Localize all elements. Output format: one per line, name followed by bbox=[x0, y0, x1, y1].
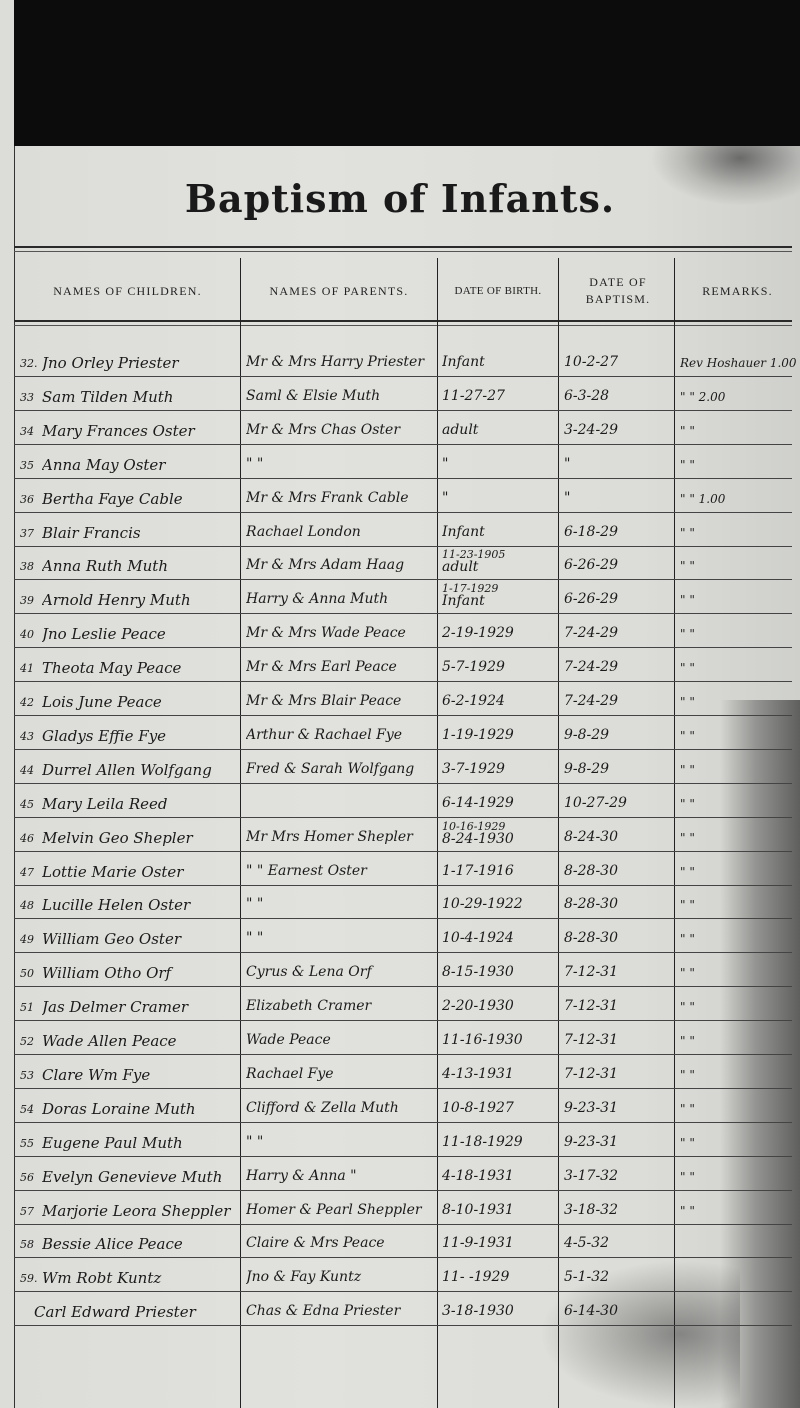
remarks: " " bbox=[680, 1102, 796, 1116]
child-name: Bessie Alice Peace bbox=[42, 1235, 238, 1253]
row-rule bbox=[14, 376, 792, 377]
date-of-baptism: 7-24-29 bbox=[564, 625, 672, 641]
header-bottom-rule bbox=[14, 320, 792, 322]
remarks: " " bbox=[680, 1204, 796, 1218]
header-date-of-birth: DATE OF BIRTH. bbox=[438, 262, 558, 320]
date-of-birth: Infant bbox=[442, 354, 556, 370]
date-of-birth: 4-18-1931 bbox=[442, 1168, 556, 1184]
date-of-birth: 10-8-1927 bbox=[442, 1100, 556, 1116]
row-rule bbox=[14, 613, 792, 614]
date-of-baptism: 8-28-30 bbox=[564, 896, 672, 912]
child-name: Jas Delmer Cramer bbox=[42, 998, 238, 1016]
remarks: " " 2.00 bbox=[680, 390, 796, 404]
date-of-birth: 11-9-1931 bbox=[442, 1235, 556, 1251]
child-name: Wm Robt Kuntz bbox=[42, 1269, 238, 1287]
redaction-band bbox=[14, 0, 800, 146]
date-of-birth: 6-14-1929 bbox=[442, 795, 556, 811]
parent-names: Rachael London bbox=[246, 524, 434, 540]
date-of-birth: 4-13-1931 bbox=[442, 1066, 556, 1082]
remarks: " " bbox=[680, 1170, 796, 1184]
page-margin-rule bbox=[14, 146, 15, 1408]
child-name: Anna May Oster bbox=[42, 456, 238, 474]
entry-number: 55 bbox=[20, 1137, 42, 1150]
header-remarks: REMARKS. bbox=[675, 262, 800, 320]
entry-number: 49 bbox=[20, 933, 42, 946]
date-of-birth: adult bbox=[442, 422, 556, 438]
entry-number: 40 bbox=[20, 628, 42, 641]
entry-number: 53 bbox=[20, 1069, 42, 1082]
parent-names: Clifford & Zella Muth bbox=[246, 1100, 434, 1116]
date-of-birth: 1-17-1916 bbox=[442, 863, 556, 879]
remarks: " " 1.00 bbox=[680, 492, 796, 506]
date-of-birth: 10-29-1922 bbox=[442, 896, 556, 912]
date-of-baptism: " bbox=[564, 456, 672, 472]
remarks: " " bbox=[680, 1000, 796, 1014]
child-name: Gladys Effie Fye bbox=[42, 727, 238, 745]
date-of-birth: 2-20-1930 bbox=[442, 998, 556, 1014]
date-of-birth: Infant bbox=[442, 524, 556, 540]
remarks: " " bbox=[680, 661, 796, 675]
date-of-baptism: 4-5-32 bbox=[564, 1235, 672, 1251]
entry-number: 58 bbox=[20, 1238, 42, 1251]
date-of-baptism: 9-23-31 bbox=[564, 1100, 672, 1116]
remarks: " " bbox=[680, 831, 796, 845]
remarks: " " bbox=[680, 966, 796, 980]
date-of-baptism: 3-24-29 bbox=[564, 422, 672, 438]
remarks: " " bbox=[680, 932, 796, 946]
row-rule bbox=[14, 918, 792, 919]
birth-date-value: 8-24-1930 bbox=[442, 832, 556, 847]
entry-number: 46 bbox=[20, 832, 42, 845]
remarks: " " bbox=[680, 627, 796, 641]
row-rule bbox=[14, 478, 792, 479]
remarks: " " bbox=[680, 1068, 796, 1082]
birth-date-note: 10-16-1929 bbox=[442, 821, 556, 832]
date-of-birth: 6-2-1924 bbox=[442, 693, 556, 709]
date-of-baptism: 7-12-31 bbox=[564, 1032, 672, 1048]
parent-names: Mr Mrs Homer Shepler bbox=[246, 829, 434, 845]
date-of-baptism: 10-2-27 bbox=[564, 354, 672, 370]
date-of-birth: 10-4-1924 bbox=[442, 930, 556, 946]
date-of-baptism: 3-17-32 bbox=[564, 1168, 672, 1184]
parent-names: " " Earnest Oster bbox=[246, 863, 434, 879]
parent-names: Mr & Mrs Wade Peace bbox=[246, 625, 434, 641]
entry-number: 59. bbox=[20, 1272, 42, 1285]
row-rule bbox=[14, 1054, 792, 1055]
entry-number: 44 bbox=[20, 764, 42, 777]
page-title: Baptism of Infants. bbox=[0, 176, 800, 221]
parent-names: Homer & Pearl Sheppler bbox=[246, 1202, 434, 1218]
row-rule bbox=[14, 512, 792, 513]
date-of-baptism: 7-24-29 bbox=[564, 693, 672, 709]
child-name: Wade Allen Peace bbox=[42, 1032, 238, 1050]
entry-number: 52 bbox=[20, 1035, 42, 1048]
row-rule bbox=[14, 1291, 792, 1292]
remarks: " " bbox=[680, 797, 796, 811]
date-of-birth: 3-18-1930 bbox=[442, 1303, 556, 1319]
child-name: Carl Edward Priester bbox=[34, 1303, 230, 1321]
date-of-birth: " bbox=[442, 490, 556, 506]
row-rule bbox=[14, 1190, 792, 1191]
entry-number: 42 bbox=[20, 696, 42, 709]
child-name: Blair Francis bbox=[42, 524, 238, 542]
remarks: " " bbox=[680, 729, 796, 743]
date-of-baptism: 8-28-30 bbox=[564, 863, 672, 879]
entry-number: 48 bbox=[20, 899, 42, 912]
child-name: William Otho Orf bbox=[42, 964, 238, 982]
date-of-baptism: 5-1-32 bbox=[564, 1269, 672, 1285]
row-rule bbox=[14, 444, 792, 445]
entry-number: 51 bbox=[20, 1001, 42, 1014]
remarks: " " bbox=[680, 458, 796, 472]
column-divider bbox=[674, 258, 675, 1408]
parent-names: " " bbox=[246, 456, 434, 472]
date-of-baptism: 6-3-28 bbox=[564, 388, 672, 404]
parent-names: Elizabeth Cramer bbox=[246, 998, 434, 1014]
child-name: Bertha Faye Cable bbox=[42, 490, 238, 508]
row-rule bbox=[14, 1224, 792, 1225]
child-name: Lois June Peace bbox=[42, 693, 238, 711]
row-rule bbox=[14, 817, 792, 818]
parent-names: Harry & Anna Muth bbox=[246, 591, 434, 607]
entry-number: 57 bbox=[20, 1205, 42, 1218]
entry-number: 38 bbox=[20, 560, 42, 573]
date-of-baptism: 8-28-30 bbox=[564, 930, 672, 946]
child-name: Durrel Allen Wolfgang bbox=[42, 761, 238, 779]
parent-names: Mr & Mrs Earl Peace bbox=[246, 659, 434, 675]
row-rule bbox=[14, 410, 792, 411]
entry-number: 34 bbox=[20, 425, 42, 438]
parent-names: " " bbox=[246, 1134, 434, 1150]
entry-number: 50 bbox=[20, 967, 42, 980]
register-page: Baptism of Infants. NAMES OF CHILDREN. N… bbox=[0, 0, 800, 1408]
date-of-baptism: 6-26-29 bbox=[564, 591, 672, 607]
child-name: Theota May Peace bbox=[42, 659, 238, 677]
row-rule bbox=[14, 783, 792, 784]
row-rule bbox=[14, 1257, 792, 1258]
column-divider bbox=[558, 258, 559, 1408]
date-of-baptism: 10-27-29 bbox=[564, 795, 672, 811]
date-of-baptism: 8-24-30 bbox=[564, 829, 672, 845]
row-rule bbox=[14, 749, 792, 750]
date-of-birth: 5-7-1929 bbox=[442, 659, 556, 675]
date-of-baptism: " bbox=[564, 490, 672, 506]
child-name: Melvin Geo Shepler bbox=[42, 829, 238, 847]
birth-date-value: Infant bbox=[442, 594, 556, 609]
date-of-baptism: 7-24-29 bbox=[564, 659, 672, 675]
child-name: Clare Wm Fye bbox=[42, 1066, 238, 1084]
row-rule bbox=[14, 952, 792, 953]
entry-number: 39 bbox=[20, 594, 42, 607]
remarks: " " bbox=[680, 865, 796, 879]
parent-names: Harry & Anna " bbox=[246, 1168, 434, 1184]
entry-number: 43 bbox=[20, 730, 42, 743]
date-of-birth: 2-19-1929 bbox=[442, 625, 556, 641]
row-rule bbox=[14, 647, 792, 648]
row-rule bbox=[14, 1325, 792, 1326]
entry-number: 45 bbox=[20, 798, 42, 811]
parent-names: Cyrus & Lena Orf bbox=[246, 964, 434, 980]
date-of-baptism: 6-26-29 bbox=[564, 557, 672, 573]
parent-names: Mr & Mrs Frank Cable bbox=[246, 490, 434, 506]
remarks: Rev Hoshauer 1.00 bbox=[680, 356, 796, 370]
date-of-birth: 11-23-1905adult bbox=[442, 549, 556, 575]
date-of-baptism: 7-12-31 bbox=[564, 1066, 672, 1082]
date-of-baptism: 3-18-32 bbox=[564, 1202, 672, 1218]
row-rule bbox=[14, 986, 792, 987]
header-bottom-rule-2 bbox=[14, 325, 792, 326]
parent-names: Wade Peace bbox=[246, 1032, 434, 1048]
child-name: Sam Tilden Muth bbox=[42, 388, 238, 406]
parent-names: Mr & Mrs Harry Priester bbox=[246, 354, 434, 370]
birth-date-value: adult bbox=[442, 560, 556, 575]
date-of-birth: 11- -1929 bbox=[442, 1269, 556, 1285]
child-name: Jno Leslie Peace bbox=[42, 625, 238, 643]
header-parents: NAMES OF PARENTS. bbox=[241, 262, 437, 320]
remarks: " " bbox=[680, 424, 796, 438]
child-name: Mary Frances Oster bbox=[42, 422, 238, 440]
row-rule bbox=[14, 681, 792, 682]
row-rule bbox=[14, 1020, 792, 1021]
entry-number: 54 bbox=[20, 1103, 42, 1116]
entry-number: 37 bbox=[20, 527, 42, 540]
date-of-baptism: 9-23-31 bbox=[564, 1134, 672, 1150]
child-name: Evelyn Genevieve Muth bbox=[42, 1168, 238, 1186]
row-rule bbox=[14, 851, 792, 852]
parent-names: Mr & Mrs Blair Peace bbox=[246, 693, 434, 709]
remarks: " " bbox=[680, 898, 796, 912]
header-top-rule bbox=[14, 246, 792, 248]
parent-names: Rachael Fye bbox=[246, 1066, 434, 1082]
remarks: " " bbox=[680, 763, 796, 777]
parent-names: Fred & Sarah Wolfgang bbox=[246, 761, 434, 777]
parent-names: Claire & Mrs Peace bbox=[246, 1235, 434, 1251]
row-rule bbox=[14, 885, 792, 886]
parent-names: Saml & Elsie Muth bbox=[246, 388, 434, 404]
entry-number: 33 bbox=[20, 391, 42, 404]
child-name: Lucille Helen Oster bbox=[42, 896, 238, 914]
parent-names: Mr & Mrs Chas Oster bbox=[246, 422, 434, 438]
column-divider bbox=[240, 258, 241, 1408]
header-children: NAMES OF CHILDREN. bbox=[15, 262, 240, 320]
entry-number: 35 bbox=[20, 459, 42, 472]
child-name: William Geo Oster bbox=[42, 930, 238, 948]
parent-names: Mr & Mrs Adam Haag bbox=[246, 557, 434, 573]
date-of-birth: " bbox=[442, 456, 556, 472]
entry-number: 32. bbox=[20, 357, 42, 370]
date-of-baptism: 6-14-30 bbox=[564, 1303, 672, 1319]
child-name: Eugene Paul Muth bbox=[42, 1134, 238, 1152]
parent-names: Jno & Fay Kuntz bbox=[246, 1269, 434, 1285]
row-rule bbox=[14, 546, 792, 547]
date-of-baptism: 7-12-31 bbox=[564, 998, 672, 1014]
remarks: " " bbox=[680, 695, 796, 709]
header-top-rule-2 bbox=[14, 251, 792, 252]
parent-names: " " bbox=[246, 896, 434, 912]
row-rule bbox=[14, 579, 792, 580]
remarks: " " bbox=[680, 593, 796, 607]
date-of-birth: 11-27-27 bbox=[442, 388, 556, 404]
child-name: Marjorie Leora Sheppler bbox=[42, 1202, 238, 1220]
date-of-birth: 11-16-1930 bbox=[442, 1032, 556, 1048]
remarks: " " bbox=[680, 1136, 796, 1150]
date-of-birth: 1-17-1929Infant bbox=[442, 583, 556, 609]
date-of-birth: 1-19-1929 bbox=[442, 727, 556, 743]
remarks: " " bbox=[680, 526, 796, 540]
row-rule bbox=[14, 1156, 792, 1157]
child-name: Doras Loraine Muth bbox=[42, 1100, 238, 1118]
remarks: " " bbox=[680, 1034, 796, 1048]
entry-number: 36 bbox=[20, 493, 42, 506]
parent-names: Chas & Edna Priester bbox=[246, 1303, 434, 1319]
child-name: Mary Leila Reed bbox=[42, 795, 238, 813]
date-of-baptism: 6-18-29 bbox=[564, 524, 672, 540]
child-name: Arnold Henry Muth bbox=[42, 591, 238, 609]
date-of-baptism: 9-8-29 bbox=[564, 727, 672, 743]
column-divider bbox=[437, 258, 438, 1408]
date-of-baptism: 9-8-29 bbox=[564, 761, 672, 777]
child-name: Jno Orley Priester bbox=[42, 354, 238, 372]
row-rule bbox=[14, 715, 792, 716]
row-rule bbox=[14, 1088, 792, 1089]
entry-number: 41 bbox=[20, 662, 42, 675]
date-of-birth: 10-16-19298-24-1930 bbox=[442, 821, 556, 847]
entry-number: 47 bbox=[20, 866, 42, 879]
child-name: Anna Ruth Muth bbox=[42, 557, 238, 575]
header-date-of-baptism: DATE OF BAPTISM. bbox=[562, 262, 674, 320]
parent-names: " " bbox=[246, 930, 434, 946]
parent-names: Arthur & Rachael Fye bbox=[246, 727, 434, 743]
date-of-birth: 3-7-1929 bbox=[442, 761, 556, 777]
date-of-baptism: 7-12-31 bbox=[564, 964, 672, 980]
remarks: " " bbox=[680, 559, 796, 573]
date-of-birth: 11-18-1929 bbox=[442, 1134, 556, 1150]
entry-number: 56 bbox=[20, 1171, 42, 1184]
date-of-birth: 8-10-1931 bbox=[442, 1202, 556, 1218]
date-of-birth: 8-15-1930 bbox=[442, 964, 556, 980]
child-name: Lottie Marie Oster bbox=[42, 863, 238, 881]
row-rule bbox=[14, 1122, 792, 1123]
